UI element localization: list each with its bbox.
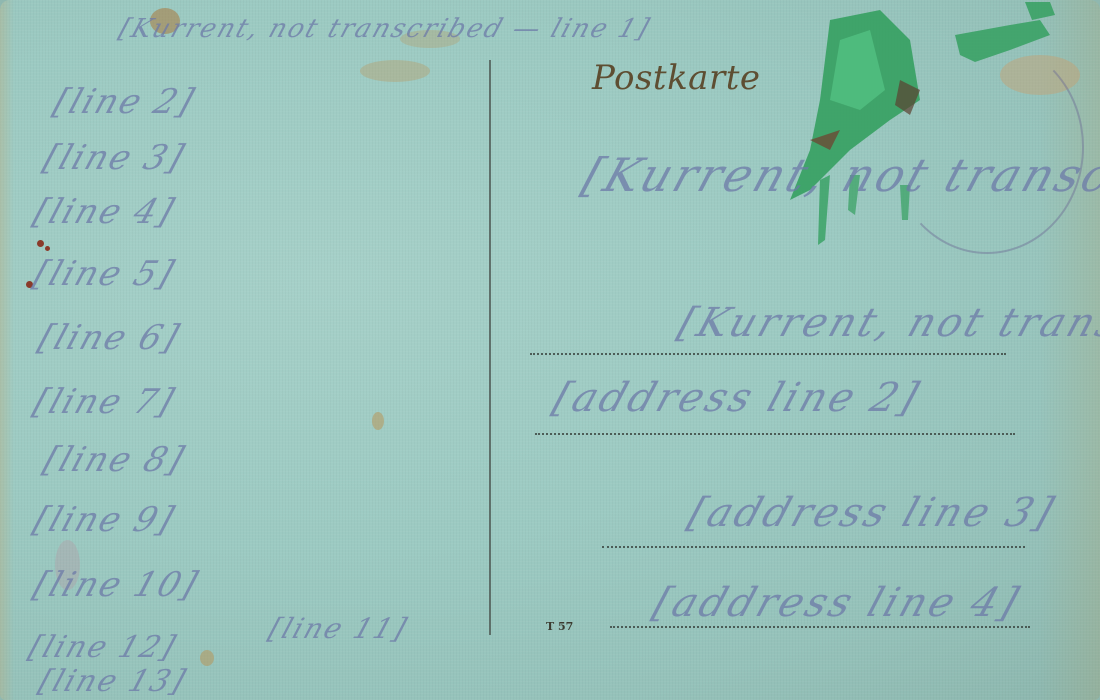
print-code: T 57 xyxy=(546,620,573,633)
address-line: [Kurrent, not transcribed — address line… xyxy=(673,300,1100,346)
address-line: [address line 4] xyxy=(648,580,1027,626)
address-line-rule xyxy=(530,353,1006,355)
postmark xyxy=(890,40,1084,254)
message-line: [line 9] xyxy=(29,500,181,540)
address-line-rule xyxy=(535,433,1015,435)
postcard-title: Postkarte xyxy=(592,58,761,98)
message-line: [line 13] xyxy=(34,664,191,699)
vertical-divider xyxy=(489,60,491,635)
message-line: [line 4] xyxy=(29,192,181,232)
message-line: [line 2] xyxy=(49,82,201,122)
message-line: [Kurrent, not transcribed — line 1] xyxy=(115,14,654,44)
stain xyxy=(45,246,50,251)
postcard-back: Postkarte [Kurrent, not transcribed — li… xyxy=(0,0,1100,700)
message-line: [line 7] xyxy=(29,382,181,422)
stain xyxy=(360,60,430,82)
address-line-rule xyxy=(610,626,1030,628)
stain xyxy=(372,412,384,430)
address-line: [address line 2] xyxy=(548,375,927,421)
message-line: [line 8] xyxy=(39,440,191,480)
stain xyxy=(200,650,214,666)
message-line: [line 10] xyxy=(29,565,204,605)
aged-edge-left xyxy=(0,0,14,700)
address-line-rule xyxy=(602,546,1025,548)
address-salutation: [Kurrent, not transcribed] xyxy=(576,148,1100,202)
stain xyxy=(37,240,44,247)
message-line: [line 5] xyxy=(29,254,181,294)
message-line: [line 12] xyxy=(24,630,181,665)
message-line: [line 11] xyxy=(265,612,413,645)
message-line: [line 3] xyxy=(39,138,191,178)
address-line: [address line 3] xyxy=(683,490,1062,536)
message-line: [line 6] xyxy=(34,318,186,358)
